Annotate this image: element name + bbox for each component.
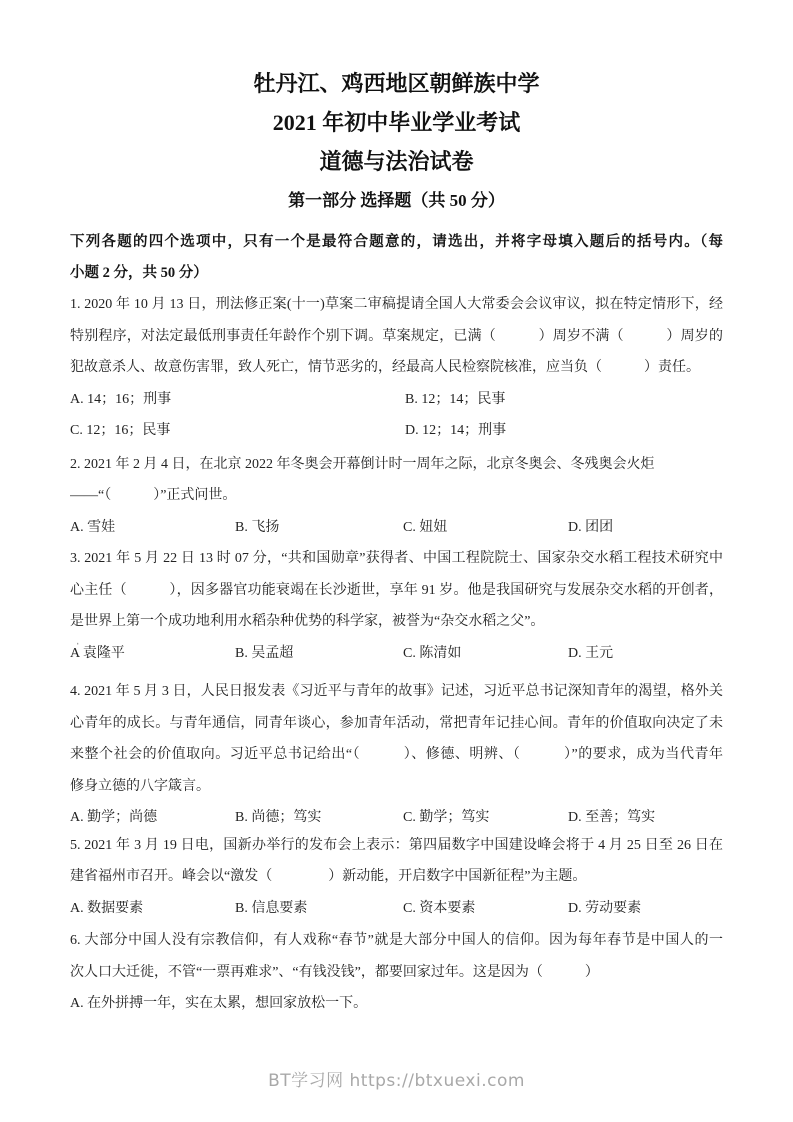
question-1-option-a: A. 14；16；刑事: [70, 384, 405, 416]
question-3-option-c: C. 陈清如: [403, 638, 568, 670]
question-1-option-d: D. 12；14；刑事: [405, 415, 723, 447]
question-1-line-1: 1. 2020 年 10 月 13 日，刑法修正案(十一)草案二审稿提请全国人大…: [70, 289, 723, 321]
question-3-line-2: 心主任（ ），因多器官功能衰竭在长沙逝世，享年 91 岁。他是我国研究与发展杂交…: [70, 575, 723, 607]
question-2-option-a: A. 雪娃: [70, 512, 235, 544]
question-1-options-row-1: A. 14；16；刑事 B. 12；14；民事: [70, 384, 723, 416]
question-1-options-row-2: C. 12；16；民事 D. 12；14；刑事: [70, 415, 723, 447]
question-6-line-1: 6. 大部分中国人没有宗教信仰，有人戏称“春节”就是大部分中国人的信仰。因为每年…: [70, 925, 723, 957]
question-4: 4. 2021 年 5 月 3 日，人民日报发表《习近平与青年的故事》记述，习近…: [70, 676, 723, 834]
question-3-option-d: D. 王元: [568, 638, 723, 670]
question-4-line-2: 心青年的成长。与青年通信，同青年谈心，参加青年活动，常把青年记挂心间。青年的价值…: [70, 708, 723, 740]
question-2-option-d: D. 团团: [568, 512, 723, 544]
question-1-line-3: 犯故意杀人、故意伤害罪，致人死亡，情节恶劣的，经最高人民检察院核准，应当负（ ）…: [70, 352, 723, 384]
instructions-line-1: 下列各题的四个选项中，只有一个是最符合题意的，请选出，并将字母填入题后的括号内。…: [70, 227, 723, 258]
question-4-options-row: A. 勤学；尚德 B. 尚德；笃实 C. 勤学；笃实 D. 至善；笃实: [70, 802, 723, 834]
question-2: 2. 2021 年 2 月 4 日，在北京 2022 年冬奥会开幕倒计时一周年之…: [70, 449, 723, 544]
question-3-line-1: 3. 2021 年 5 月 22 日 13 时 07 分，“共和国勋章”获得者、…: [70, 543, 723, 575]
question-5-option-d: D. 劳动要素: [568, 893, 723, 925]
exam-title-school: 牡丹江、鸡西地区朝鲜族中学: [70, 64, 723, 103]
question-2-option-b: B. 飞扬: [235, 512, 403, 544]
question-1-line-2: 特别程序，对法定最低刑事责任年龄作个别下调。草案规定，已满（ ）周岁不满（ ）周…: [70, 321, 723, 353]
question-5-option-a: A. 数据要素: [70, 893, 235, 925]
exam-title-year: 2021 年初中毕业学业考试: [70, 103, 723, 142]
question-5-line-1: 5. 2021 年 3 月 19 日电，国新办举行的发布会上表示：第四届数字中国…: [70, 830, 723, 862]
question-4-option-c: C. 勤学；笃实: [403, 802, 568, 834]
question-6-option-a: A. 在外拼搏一年，实在太累，想回家放松一下。: [70, 988, 723, 1020]
question-4-option-d: D. 至善；笃实: [568, 802, 723, 834]
question-4-line-1: 4. 2021 年 5 月 3 日，人民日报发表《习近平与青年的故事》记述，习近…: [70, 676, 723, 708]
question-5-option-b: B. 信息要素: [235, 893, 403, 925]
stray-print-mark: ˈ: [76, 642, 80, 653]
question-2-line-2: ——“（ ）”正式问世。: [70, 480, 723, 512]
question-1-option-b: B. 12；14；民事: [405, 384, 723, 416]
question-5: 5. 2021 年 3 月 19 日电，国新办举行的发布会上表示：第四届数字中国…: [70, 830, 723, 925]
site-watermark: BT学习网 https://btxuexi.com: [0, 1066, 793, 1091]
page-content: 牡丹江、鸡西地区朝鲜族中学 2021 年初中毕业学业考试 道德与法治试卷 第一部…: [70, 64, 723, 1020]
question-1: 1. 2020 年 10 月 13 日，刑法修正案(十一)草案二审稿提请全国人大…: [70, 289, 723, 447]
exam-paper-page: 牡丹江、鸡西地区朝鲜族中学 2021 年初中毕业学业考试 道德与法治试卷 第一部…: [0, 0, 793, 1122]
section-heading: 第一部分 选择题（共 50 分）: [70, 181, 723, 221]
question-3-line-3: 是世界上第一个成功地利用水稻杂种优势的科学家，被誉为“杂交水稻之父”。: [70, 606, 723, 638]
instructions-line-2: 小题 2 分，共 50 分）: [70, 258, 723, 289]
instructions: 下列各题的四个选项中，只有一个是最符合题意的，请选出，并将字母填入题后的括号内。…: [70, 227, 723, 289]
question-2-options-row: A. 雪娃 B. 飞扬 C. 妞妞 D. 团团: [70, 512, 723, 544]
question-5-line-2: 建省福州市召开。峰会以“激发（ ）新动能，开启数字中国新征程”为主题。: [70, 861, 723, 893]
question-4-option-a: A. 勤学；尚德: [70, 802, 235, 834]
question-4-line-4: 修身立德的八字箴言。: [70, 771, 723, 803]
question-5-options-row: A. 数据要素 B. 信息要素 C. 资本要素 D. 劳动要素: [70, 893, 723, 925]
question-6-line-2: 次人口大迁徙，不管“一票再难求”、“有钱没钱”，都要回家过年。这是因为（ ）: [70, 957, 723, 989]
question-3-option-b: B. 吴孟超: [235, 638, 403, 670]
question-3-option-a: A 袁隆平: [70, 638, 235, 670]
question-2-option-c: C. 妞妞: [403, 512, 568, 544]
question-6: 6. 大部分中国人没有宗教信仰，有人戏称“春节”就是大部分中国人的信仰。因为每年…: [70, 925, 723, 1020]
exam-title-subject: 道德与法治试卷: [70, 142, 723, 181]
question-1-option-c: C. 12；16；民事: [70, 415, 405, 447]
question-3-options-row: A 袁隆平 B. 吴孟超 C. 陈清如 D. 王元: [70, 638, 723, 670]
question-2-line-1: 2. 2021 年 2 月 4 日，在北京 2022 年冬奥会开幕倒计时一周年之…: [70, 449, 723, 481]
question-4-line-3: 来整个社会的价值取向。习近平总书记给出“（ ）、修德、明辨、（ ）”的要求，成为…: [70, 739, 723, 771]
question-3: 3. 2021 年 5 月 22 日 13 时 07 分，“共和国勋章”获得者、…: [70, 543, 723, 669]
question-5-option-c: C. 资本要素: [403, 893, 568, 925]
question-4-option-b: B. 尚德；笃实: [235, 802, 403, 834]
